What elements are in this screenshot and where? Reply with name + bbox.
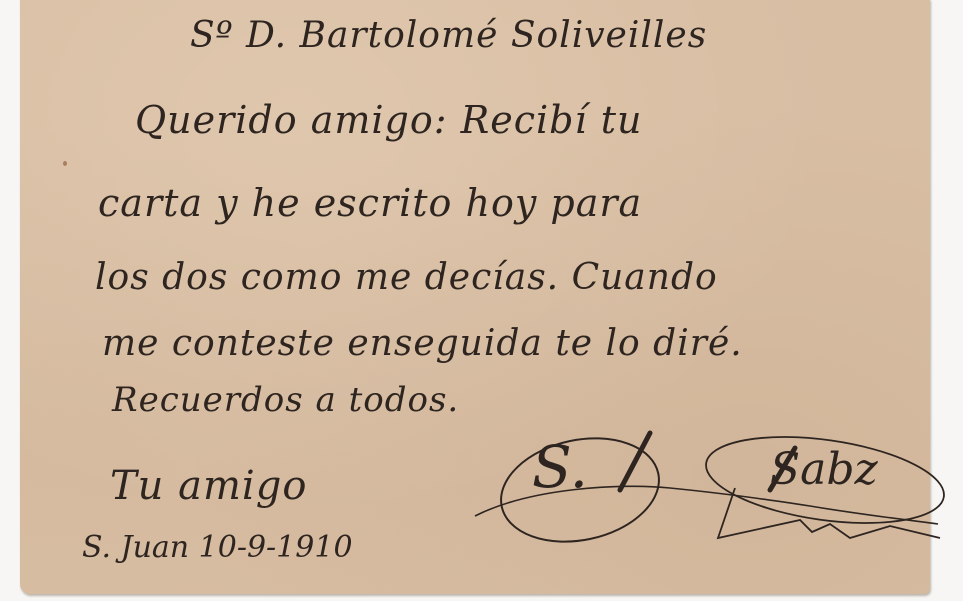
closing-line: Tu amigo xyxy=(110,466,307,506)
letter-line-2: carta y he escrito hoy para xyxy=(98,184,642,222)
letter-line-3: los dos como me decías. Cuando xyxy=(95,260,718,296)
letter-line-5: Recuerdos a todos. xyxy=(112,383,459,417)
letter-line-1: Querido amigo: Recibí tu xyxy=(135,101,642,139)
signature-initial: S. xyxy=(532,438,588,496)
postcard: Sº D. Bartolomé Soliveilles Querido amig… xyxy=(20,0,930,594)
letter-line-4: me conteste enseguida te lo diré. xyxy=(102,326,743,362)
paper-stain xyxy=(63,161,67,166)
place-date-line: S. Juan 10-9-1910 xyxy=(82,533,353,563)
signature: S. Sabz xyxy=(470,428,950,558)
signature-surname: Sabz xyxy=(770,448,878,492)
addressee-line: Sº D. Bartolomé Soliveilles xyxy=(190,18,707,54)
